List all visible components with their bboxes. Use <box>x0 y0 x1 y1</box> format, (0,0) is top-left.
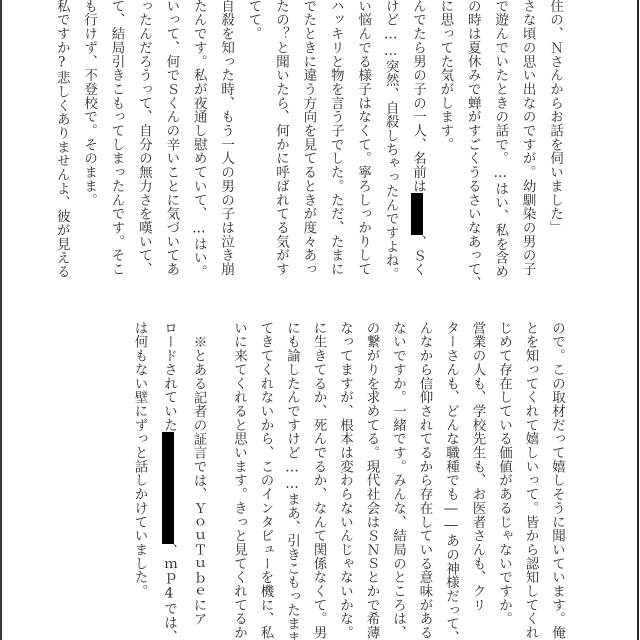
text-column: の繋がりを求めてる。現代社会はＳＮＳとかで希薄 <box>358 321 385 640</box>
page-edge-line-right <box>637 0 639 640</box>
text-segment: 営業の人も、学校先生も、お医者さんも、クリ <box>470 321 486 612</box>
interview-text-block-top: 住の、Ｎさんからお話を伺いました」さな頃の思い出なのですが。幼馴染の男の子で遊ん… <box>47 0 568 293</box>
text-segment: ないですか。一緒です。みんな、結局のところは、 <box>390 321 406 640</box>
text-column: い悩んでる様子はなくて。寧ろしっかりして <box>349 0 376 293</box>
text-segment: も行けず、不登校で。そのまま。 <box>81 0 97 207</box>
text-column: さな頃の思い出なのですが。幼馴染の男の子 <box>513 0 540 293</box>
text-segment: 、Ｓく <box>410 235 426 277</box>
text-column: 営業の人も、学校先生も、お医者さんも、クリ <box>464 321 491 640</box>
text-column: ったんだろうって、自分の無力さを嘆いて、 <box>130 0 157 293</box>
text-segment: たんです。私が夜通し慰めていて、…はい。 <box>191 0 207 279</box>
text-column: んでたら男の子の一人、名前は、Ｓく <box>404 0 431 293</box>
text-segment: 自殺を知った時、もう一人の男の子は泣き崩 <box>218 0 234 276</box>
text-column: は何もない壁にずっと話しかけていました。 <box>124 321 154 640</box>
text-column: ハッキリと物を言う子でした。ただ、たまに <box>321 0 348 293</box>
text-column: に生きてるか、死んでるか、なんて関係なくて。男 <box>305 321 332 640</box>
text-column: けど……突然、自殺しちゃったんですよね。 <box>376 0 403 293</box>
text-column: 住の、Ｎさんからお話を伺いました」 <box>541 0 568 293</box>
text-segment: んなから信仰されてるから存在している意味がある <box>417 321 433 640</box>
text-segment: とを知ってくれて嬉しいって。皆から認知してくれ <box>523 321 539 640</box>
text-column: ので。この取材だって嬉しそうに聞いています。俺 <box>544 321 571 640</box>
text-segment: ったんだろうって、自分の無力さを嘆いて、 <box>136 0 152 276</box>
text-segment: ロードされていた <box>161 321 177 432</box>
text-segment: なってますが、根本は変わらないんじゃないかな。 <box>337 321 353 640</box>
text-column: とを知ってくれて嬉しいって。皆から認知してくれ <box>517 321 544 640</box>
text-column: も行けず、不登校で。そのまま。 <box>75 0 102 293</box>
text-column: いって、何でＳくんの辛いことに気づいてあ <box>157 0 184 293</box>
text-segment: てきてくれないから、このインタビューを機に、私 <box>258 321 274 640</box>
text-column: て、結局引きこもってしまったんです。そこ <box>102 0 129 293</box>
text-segment: ハッキリと物を言う子でした。ただ、たまに <box>328 0 344 276</box>
text-segment: の時は夏休みで蝉がすごくうるさいなあって、 <box>465 0 481 290</box>
text-column: たの？と聞いたら、何かに呼ばれてる気がす <box>267 0 294 293</box>
text-segment: さな頃の思い出なのですが。幼馴染の男の子 <box>520 0 536 276</box>
text-column: で遊んでいたときの話で。…はい、私を含め <box>486 0 513 293</box>
text-segment: じめて存在している価値があるじゃないですか。 <box>496 321 512 626</box>
text-column: 自殺を知った時、もう一人の男の子は泣き崩 <box>212 0 239 293</box>
text-column: に思ってた気がします。 <box>431 0 458 293</box>
text-column: でたときに違う方向を見てるときが度々あっ <box>294 0 321 293</box>
redaction-bar <box>162 432 174 544</box>
text-segment: 、ｍｐ4では、 <box>161 544 177 640</box>
text-column: てきてくれないから、このインタビューを機に、私 <box>252 321 279 640</box>
text-segment: にも諭したんですけど……まあ、引きこもったまま <box>284 321 300 640</box>
text-segment: は何もない壁にずっと話しかけていました。 <box>132 321 148 598</box>
text-segment: いに来てくれると思います。きっと見てくれてるか <box>231 321 247 640</box>
page-edge-line-left <box>0 0 2 640</box>
text-column: ないですか。一緒です。みんな、結局のところは、 <box>385 321 412 640</box>
text-segment: 私ですか?悲しくありませんよ、彼が見える <box>54 0 70 279</box>
text-segment: い悩んでる様子はなくて。寧ろしっかりして <box>355 0 371 276</box>
text-column: んなから信仰されてるから存在している意味がある <box>411 321 438 640</box>
text-segment: てて。 <box>246 0 262 41</box>
text-segment: て、結局引きこもってしまったんです。そこ <box>109 0 125 276</box>
text-column: いに来てくれると思います。きっと見てくれてるか <box>226 321 253 640</box>
text-segment: に生きてるか、死んでるか、なんて関係なくて。男 <box>311 321 327 640</box>
text-column: たんです。私が夜通し慰めていて、…はい。 <box>184 0 211 293</box>
text-segment: で遊んでいたときの話で。…はい、私を含め <box>492 0 508 279</box>
text-segment: けど……突然、自殺しちゃったんですよね。 <box>383 0 399 281</box>
text-column: 私ですか?悲しくありませんよ、彼が見える <box>47 0 74 293</box>
text-segment: の繋がりを求めてる。現代社会はＳＮＳとかで希薄 <box>364 321 380 640</box>
text-column: ※とある記者の証言では、ＹｏｕＴｕｂｅにア <box>183 321 213 640</box>
interview-text-block-bottom: ので。この取材だって嬉しそうに聞いています。俺とを知ってくれて嬉しいって。皆から… <box>124 321 570 640</box>
text-segment: ので。この取材だって嬉しそうに聞いています。俺 <box>549 321 565 640</box>
text-segment: いって、何でＳくんの辛いことに気づいてあ <box>163 0 179 276</box>
text-segment: 住の、Ｎさんからお話を伺いました」 <box>547 0 563 234</box>
text-column: ロードされていた、ｍｐ4では、 <box>154 321 184 640</box>
text-segment: ※とある記者の証言では、ＹｏｕＴｕｂｅにア <box>191 335 207 626</box>
text-column: にも諭したんですけど……まあ、引きこもったまま <box>279 321 306 640</box>
text-segment: んでたら男の子の一人、名前は <box>410 0 426 193</box>
text-segment: に思ってた気がします。 <box>437 0 453 151</box>
text-column: ターさんも、どんな職種でも――あの神様だって、 <box>438 321 465 640</box>
text-column: なってますが、根本は変わらないんじゃないかな。 <box>332 321 359 640</box>
text-segment: ターさんも、どんな職種でも――あの神様だって、 <box>443 321 459 640</box>
text-column: てて。 <box>239 0 266 293</box>
scanned-book-page: 住の、Ｎさんからお話を伺いました」さな頃の思い出なのですが。幼馴染の男の子で遊ん… <box>0 0 640 640</box>
text-column: の時は夏休みで蝉がすごくうるさいなあって、 <box>458 0 485 293</box>
redaction-bar <box>411 193 423 235</box>
text-segment: でたときに違う方向を見てるときが度々あっ <box>300 0 316 276</box>
text-column: じめて存在している価値があるじゃないですか。 <box>491 321 518 640</box>
text-segment: たの？と聞いたら、何かに呼ばれてる気がす <box>273 0 289 276</box>
